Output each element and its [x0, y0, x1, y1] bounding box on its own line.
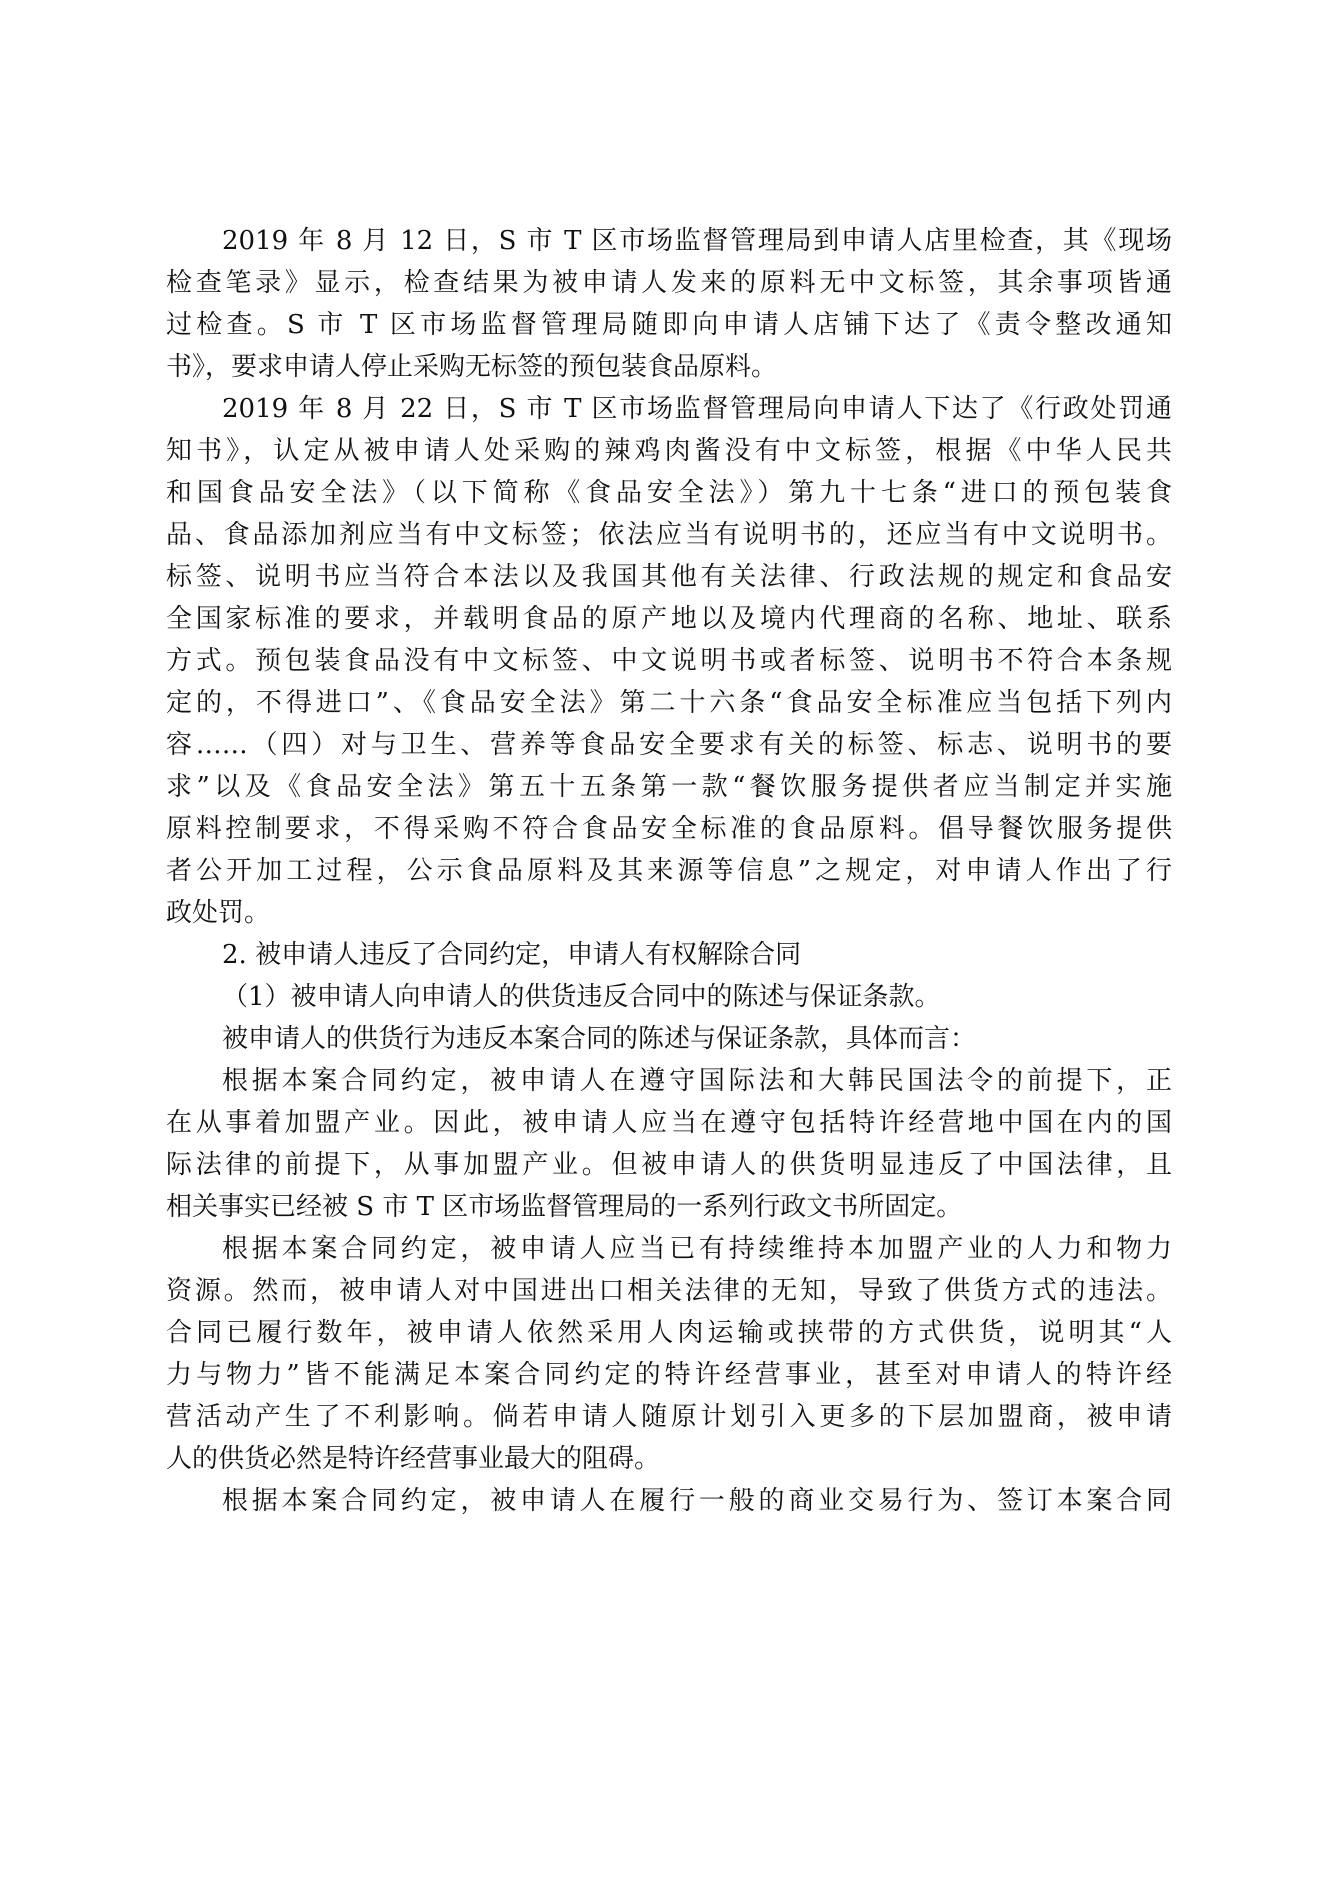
- paragraph-resources: 根据本案合同约定，被申请人应当已有持续维持本加盟产业的人力和物力 资源。然而，被…: [166, 1230, 1172, 1482]
- heading-text: 2. 被申请人违反了合同约定，申请人有权解除合同: [166, 936, 1172, 978]
- text-line: 政处罚。: [166, 894, 1172, 936]
- text-line: 全国家标准的要求，并载明食品的原产地以及境内代理商的名称、地址、联系: [166, 600, 1172, 642]
- paragraph-commercial-transactions: 根据本案合同约定，被申请人在履行一般的商业交易行为、签订本案合同: [166, 1482, 1172, 1524]
- paragraph-international-law: 根据本案合同约定，被申请人在遵守国际法和大韩民国法令的前提下，正 在从事着加盟产…: [166, 1062, 1172, 1230]
- subsection-heading: （1）被申请人向申请人的供货违反合同中的陈述与保证条款。: [166, 978, 1172, 1020]
- text-line: 原料控制要求，不得采购不符合食品安全标准的食品原料。倡导餐饮服务提供: [166, 810, 1172, 852]
- text-line: 人的供货必然是特许经营事业最大的阻碍。: [166, 1440, 1172, 1482]
- text-line: 品、食品添加剂应当有中文标签；依法应当有说明书的，还应当有中文说明书。: [166, 516, 1172, 558]
- text-line: 2019 年 8 月 22 日，S 市 T 区市场监督管理局向申请人下达了《行政…: [166, 390, 1172, 432]
- text-line: 根据本案合同约定，被申请人应当已有持续维持本加盟产业的人力和物力: [166, 1230, 1172, 1272]
- text-line: 根据本案合同约定，被申请人在履行一般的商业交易行为、签订本案合同: [166, 1482, 1172, 1524]
- text-line: 被申请人的供货行为违反本案合同的陈述与保证条款，具体而言：: [166, 1020, 1172, 1062]
- text-line: 2019 年 8 月 12 日，S 市 T 区市场监督管理局到申请人店里检查，其…: [166, 222, 1172, 264]
- text-line: 营活动产生了不利影响。倘若申请人随原计划引入更多的下层加盟商，被申请: [166, 1398, 1172, 1440]
- text-line: 力与物力”皆不能满足本案合同约定的特许经营事业，甚至对申请人的特许经: [166, 1356, 1172, 1398]
- paragraph-intro: 被申请人的供货行为违反本案合同的陈述与保证条款，具体而言：: [166, 1020, 1172, 1062]
- text-line: 在从事着加盟产业。因此，被申请人应当在遵守包括特许经营地中国在内的国: [166, 1104, 1172, 1146]
- document-body: 2019 年 8 月 12 日，S 市 T 区市场监督管理局到申请人店里检查，其…: [166, 222, 1172, 1524]
- text-line: 合同已履行数年，被申请人依然采用人肉运输或挟带的方式供货，说明其“人: [166, 1314, 1172, 1356]
- text-line: 相关事实已经被 S 市 T 区市场监督管理局的一系列行政文书所固定。: [166, 1188, 1172, 1230]
- text-line: 检查笔录》显示，检查结果为被申请人发来的原料无中文标签，其余事项皆通: [166, 264, 1172, 306]
- text-line: 资源。然而，被申请人对中国进出口相关法律的无知，导致了供货方式的违法。: [166, 1272, 1172, 1314]
- text-line: 方式。预包装食品没有中文标签、中文说明书或者标签、说明书不符合本条规: [166, 642, 1172, 684]
- text-line: 标签、说明书应当符合本法以及我国其他有关法律、行政法规的规定和食品安: [166, 558, 1172, 600]
- text-line: 者公开加工过程，公示食品原料及其来源等信息”之规定，对申请人作出了行: [166, 852, 1172, 894]
- paragraph-administrative-penalty: 2019 年 8 月 22 日，S 市 T 区市场监督管理局向申请人下达了《行政…: [166, 390, 1172, 936]
- text-line: 书》，要求申请人停止采购无标签的预包装食品原料。: [166, 348, 1172, 390]
- heading-text: （1）被申请人向申请人的供货违反合同中的陈述与保证条款。: [166, 978, 1172, 1020]
- paragraph-inspection-record: 2019 年 8 月 12 日，S 市 T 区市场监督管理局到申请人店里检查，其…: [166, 222, 1172, 390]
- text-line: 和国食品安全法》（以下简称《食品安全法》）第九十七条“进口的预包装食: [166, 474, 1172, 516]
- section-heading: 2. 被申请人违反了合同约定，申请人有权解除合同: [166, 936, 1172, 978]
- text-line: 求”以及《食品安全法》第五十五条第一款“餐饮服务提供者应当制定并实施: [166, 768, 1172, 810]
- text-line: 际法律的前提下，从事加盟产业。但被申请人的供货明显违反了中国法律，且: [166, 1146, 1172, 1188]
- text-line: 容……（四）对与卫生、营养等食品安全要求有关的标签、标志、说明书的要: [166, 726, 1172, 768]
- document-page: 2019 年 8 月 12 日，S 市 T 区市场监督管理局到申请人店里检查，其…: [0, 0, 1339, 1890]
- text-line: 过检查。S 市 T 区市场监督管理局随即向申请人店铺下达了《责令整改通知: [166, 306, 1172, 348]
- text-line: 知书》，认定从被申请人处采购的辣鸡肉酱没有中文标签，根据《中华人民共: [166, 432, 1172, 474]
- text-line: 根据本案合同约定，被申请人在遵守国际法和大韩民国法令的前提下，正: [166, 1062, 1172, 1104]
- text-line: 定的，不得进口”、《食品安全法》第二十六条“食品安全标准应当包括下列内: [166, 684, 1172, 726]
